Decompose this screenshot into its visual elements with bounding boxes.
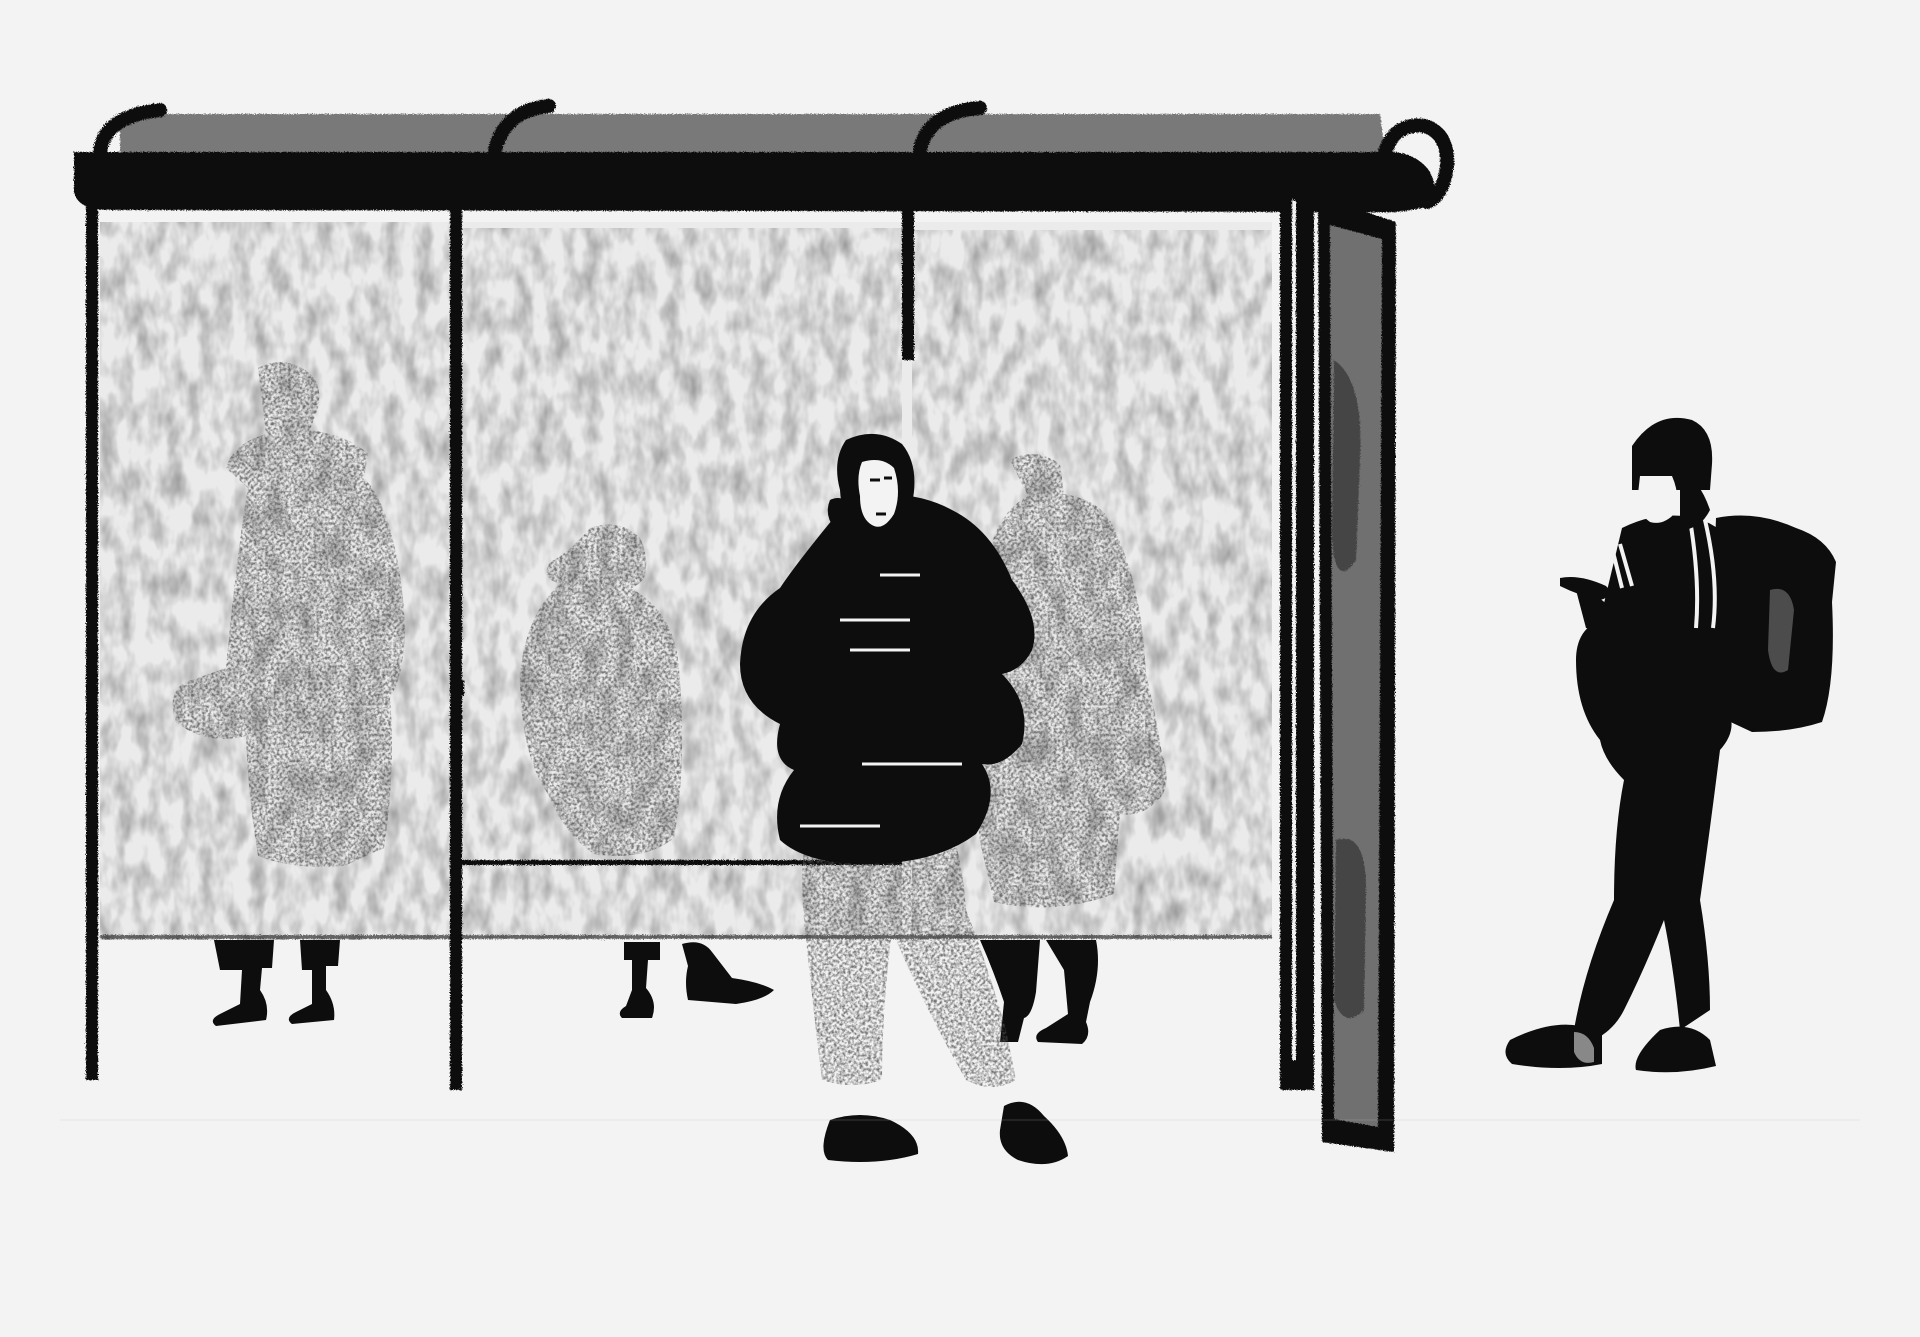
shelter-post-right [1280,185,1314,1090]
shelter-post-mid-1 [450,170,462,1090]
bus-stop-illustration [0,0,1920,1337]
shelter-post-mid-2 [902,190,914,360]
shelter-post-left [86,170,98,1080]
